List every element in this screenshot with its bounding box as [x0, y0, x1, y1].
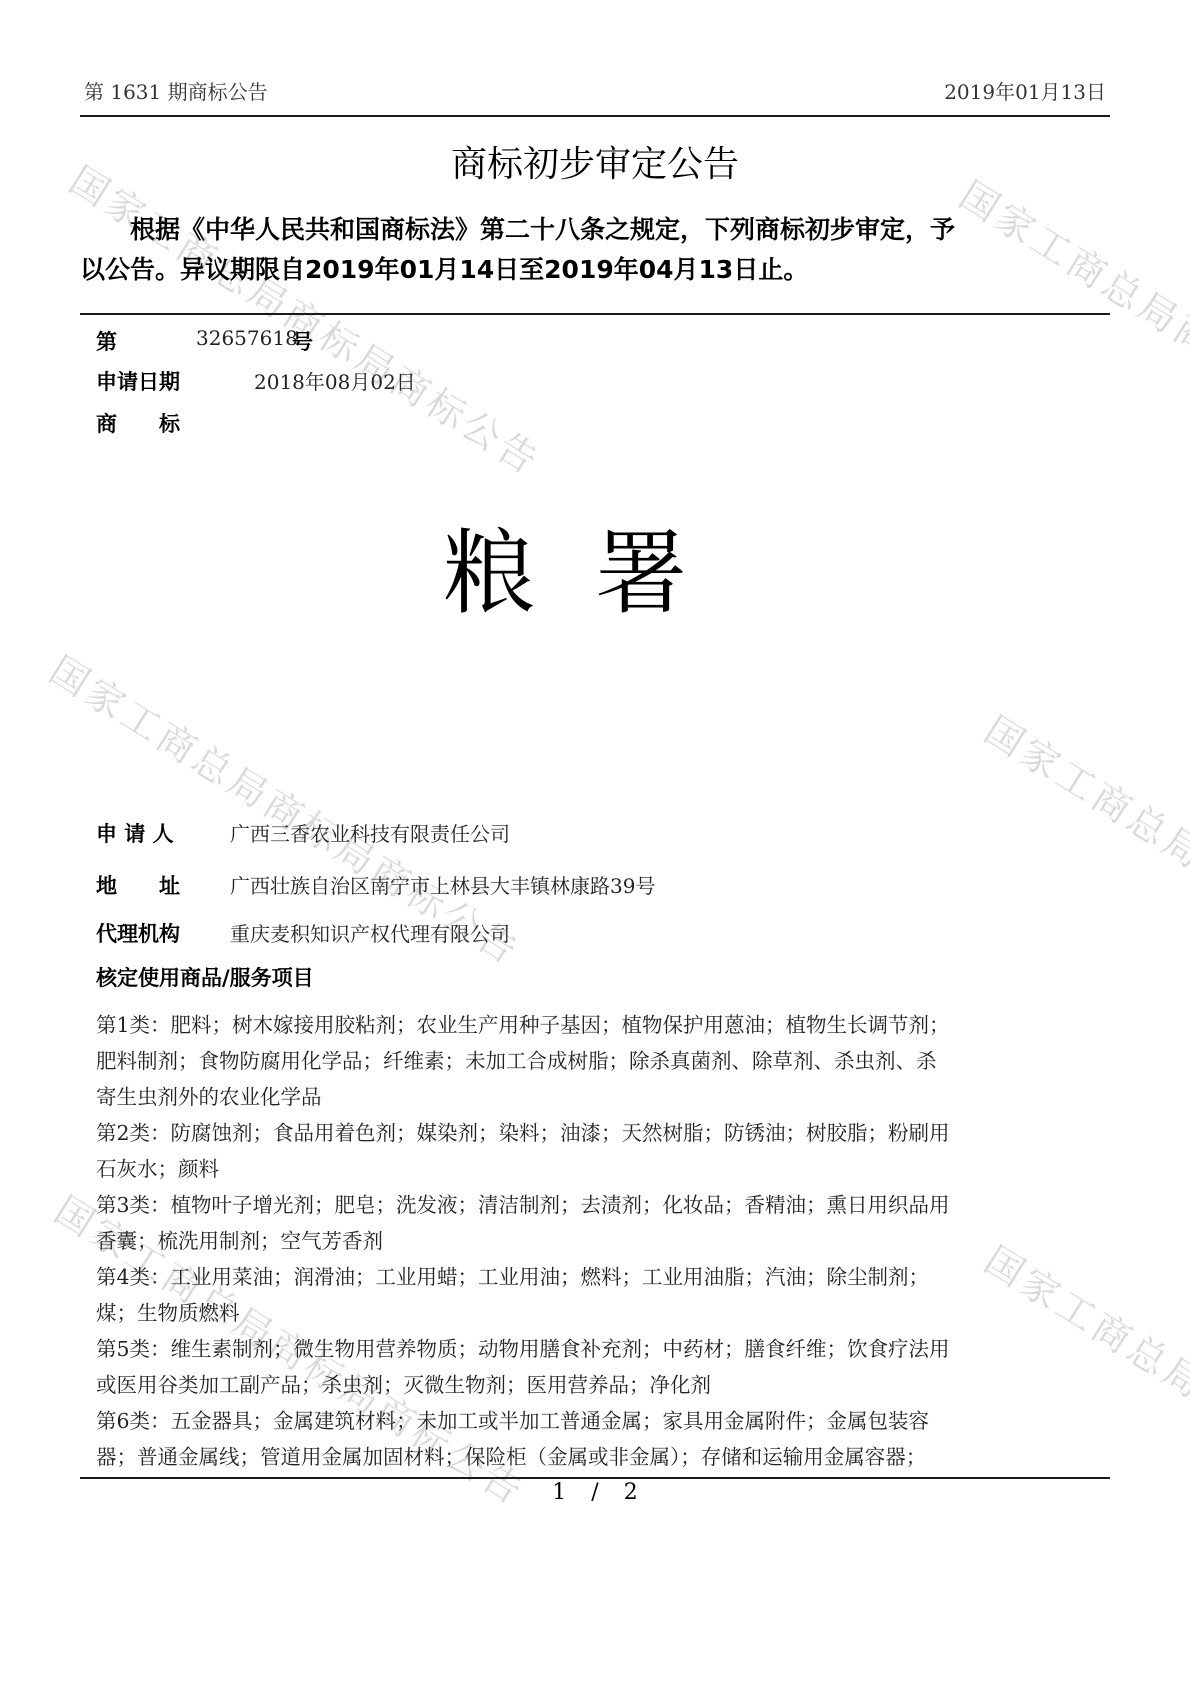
application-date: 2018年08月02日 [254, 366, 416, 395]
goods-line: 第5类：维生素制剂；微生物用营养物质；动物用膳食补充剂；中药材；膳食纤维；饮食疗… [96, 1332, 950, 1362]
watermark: 国家工商总局商标局商标公告 [976, 700, 1190, 1036]
goods-line: 煤；生物质燃料 [96, 1296, 240, 1326]
registration-number: 32657618 [196, 326, 298, 350]
agent-value: 重庆麦积知识产权代理有限公司 [230, 918, 510, 947]
trademark-text: 粮署 [0, 500, 1190, 632]
page-current: 1 [552, 1480, 566, 1505]
address-label: 地 址 [96, 870, 180, 900]
goods-line: 寄生虫剂外的农业化学品 [96, 1080, 322, 1110]
number-suffix-label: 号 [292, 326, 313, 356]
agent-label: 代理机构 [96, 918, 180, 948]
goods-line: 石灰水；颜料 [96, 1152, 219, 1182]
footer-divider [80, 1477, 1110, 1479]
page-title: 商标初步审定公告 [0, 136, 1190, 187]
section-divider [80, 313, 1110, 315]
goods-line: 香囊；梳洗用制剂；空气芳香剂 [96, 1224, 383, 1254]
application-date-label: 申请日期 [96, 366, 180, 396]
page-total: 2 [624, 1480, 638, 1505]
trademark-label: 商 标 [96, 408, 180, 438]
applicant-value: 广西三香农业科技有限责任公司 [230, 818, 510, 847]
address-value: 广西壮族自治区南宁市上林县大丰镇林康路39号 [230, 870, 655, 899]
goods-header: 核定使用商品/服务项目 [96, 962, 314, 992]
intro-line-1: 根据《中华人民共和国商标法》第二十八条之规定，下列商标初步审定，予 [80, 210, 1110, 246]
intro-line-2: 以公告。异议期限自2019年01月14日至2019年04月13日止。 [80, 250, 1110, 286]
goods-line: 第4类：工业用菜油；润滑油；工业用蜡；工业用油；燃料；工业用油脂；汽油；除尘制剂… [96, 1260, 929, 1290]
goods-line: 第1类：肥料；树木嫁接用胶粘剂；农业生产用种子基因；植物保护用蒽油；植物生长调节… [96, 1008, 950, 1038]
page-separator: / [591, 1480, 598, 1505]
goods-line: 第6类：五金器具；金属建筑材料；未加工或半加工普通金属；家具用金属附件；金属包装… [96, 1404, 929, 1434]
issue-date: 2019年01月13日 [944, 76, 1106, 105]
applicant-label: 申 请 人 [96, 818, 174, 848]
goods-line: 第2类：防腐蚀剂；食品用着色剂；媒染剂；染料；油漆；天然树脂；防锈油；树胶脂；粉… [96, 1116, 950, 1146]
issue-label: 第 1631 期商标公告 [84, 76, 268, 105]
header-divider [80, 115, 1110, 117]
goods-line: 或医用谷类加工副产品；杀虫剂；灭微生物剂；医用营养品；净化剂 [96, 1368, 711, 1398]
goods-line: 第3类：植物叶子增光剂；肥皂；洗发液；清洁制剂；去渍剂；化妆品；香精油；熏日用织… [96, 1188, 950, 1218]
number-prefix-label: 第 [96, 326, 117, 356]
page-number: 1 / 2 [0, 1480, 1190, 1505]
goods-line: 器；普通金属线；管道用金属加固材料；保险柜（金属或非金属）；存储和运输用金属容器… [96, 1440, 926, 1470]
goods-line: 肥料制剂；食物防腐用化学品；纤维素；未加工合成树脂；除杀真菌剂、除草剂、杀虫剂、… [96, 1044, 937, 1074]
watermark: 国家工商总局商标局商标公告 [976, 1230, 1190, 1566]
